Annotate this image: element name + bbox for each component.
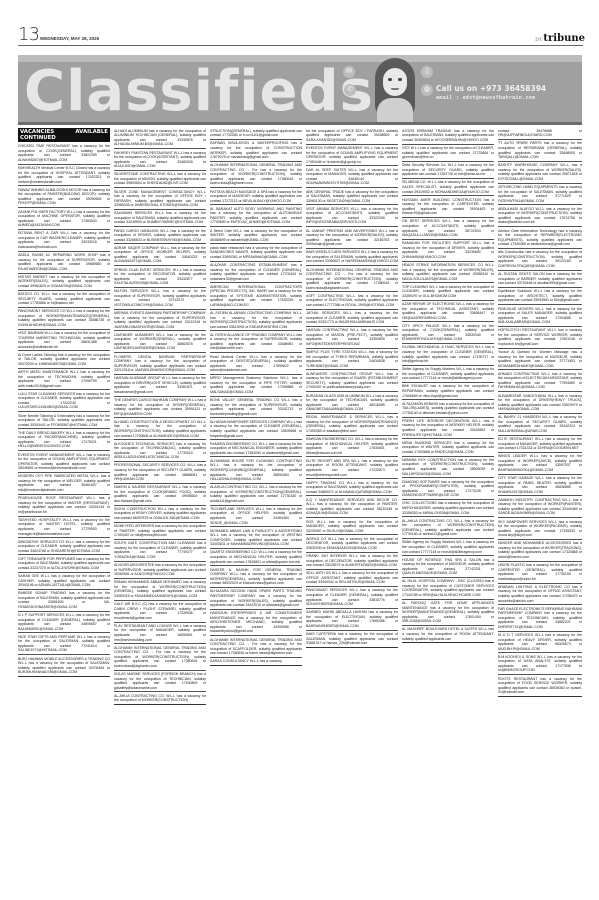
classified-ad: ALGHANIM INTERNATIONAL GENERAL TRADING A… <box>306 267 398 293</box>
classified-ad: ALKOOHEJI TECHNICAL SERVICES has a vacan… <box>114 441 206 462</box>
classified-ad: TOP CLEANING W.L.L has a vacancy for the… <box>402 284 494 301</box>
classified-ad: AL BAHRY 21 HAMDEEN W.L.L has a vacancy … <box>498 415 582 436</box>
classified-ad: RAMAN MOHAMMED ABBAS MOHAMED has a vacan… <box>114 580 206 601</box>
classified-ad: SOUTH GATE CONSTRUCTION AND CLEANING has… <box>114 541 206 562</box>
classified-ad: Delta Security Services Co. W.L.L has a … <box>402 162 494 179</box>
classified-ad: PLAY RESTAURANT AND LOUNGE W.L.L has a v… <box>114 623 206 644</box>
classified-ad: HAPPY TRADING CO W.L.L has a vacancy for… <box>306 480 398 497</box>
classified-ad: RABEEE SONAP TRADING has a vacancy for t… <box>18 591 110 612</box>
classified-ad: PATTAYA BEACH MASSAGE & SPA has a vacanc… <box>210 189 302 206</box>
classified-ad: BASHTY WAREHOUSE COMPANY W.L.L has a vac… <box>498 162 582 183</box>
globe-icon: ◍ <box>421 84 433 96</box>
classified-ad: SOS W.L.L has a vacancy for the occupati… <box>306 519 398 536</box>
classified-ad: AL-AHLIA CONTRACTING CO. W.L.L has a vac… <box>402 518 494 539</box>
classified-ad: THE GENESIS CARGO BAHRAIN COMPANY W.L.L … <box>114 397 206 418</box>
classified-ad: SALWANIN SERVICES W.L.L has a vacancy fo… <box>114 211 206 228</box>
classified-ad: AL-AHLIA CONTRACTING CO. W.L.L has a vac… <box>114 693 206 705</box>
classified-ad: SAFWAN INSULATION & WATERPROOFING has a … <box>210 141 302 162</box>
classified-ad: GRAND JUH INTERIOR W.L.L has a vacancy f… <box>306 553 398 570</box>
classified-ad: N L P SUPPORT SERVICES W.L.L has a vacan… <box>18 612 110 633</box>
classified-ad: ELITE RESTAURANT W.L.L has a vacancy for… <box>498 436 582 453</box>
classified-ad: MONEYFED INTERIORS has a vacancy for the… <box>114 523 206 540</box>
classified-ad: JATHAL SERVICES W.L.L has a vacancy for … <box>306 310 398 327</box>
classified-ad: THE DAILY BREAD BAKERY W.L.L has a vacan… <box>18 430 110 451</box>
classified-ad: ALGHANIM INTERNATIONAL GENERAL TRADING A… <box>210 637 302 658</box>
classified-ad: AL SULTAN GENTS SALON has a vacancy for … <box>498 271 582 288</box>
classified-ad: STRUCTION)(GENERAL), suitably qualified … <box>210 128 302 140</box>
classified-ad: ALHAMAMA HOUSE FOR CLEANING CONTRACTING … <box>210 458 302 484</box>
column-5: AYOOS EBRAHIM TRADING has a vacancy for … <box>402 128 494 644</box>
classified-ad: GCS W.L.L has a vacancy for the occupati… <box>402 145 494 162</box>
classified-ad: ASFT CONTRACTING W.L.L has a vacancy for… <box>306 293 398 310</box>
classified-ad: SELL WITH US W.L.L has a vacancy for the… <box>306 570 398 587</box>
classified-ad: HUSSAIN AMER BUILDING CONSTRUCTION has a… <box>402 197 494 218</box>
classified-ad: NAEEM & NAJEEB RESTAURANT W.L.L has a va… <box>114 484 206 505</box>
classified-ad: UNION PLASTIC has a vacancy for the occu… <box>498 562 582 583</box>
classified-ad: Equilibrium Solutions W.L.L has a vacanc… <box>498 288 582 305</box>
classified-ad: TECHNIPLANE SERVICES W.L.L has a vacancy… <box>210 506 302 527</box>
classified-ad: AL BARAKAT AUTO BODY WORKING AND PAINTIN… <box>210 206 302 227</box>
classified-ad: contact 35476686 or HR@JUFFAIRBOULEVARD.… <box>498 128 582 140</box>
classified-ad: Skiller Agency for Supply Workers W.L.L … <box>402 366 494 383</box>
classified-ad: ABK GENERAL TRADE has a vacancy for the … <box>306 189 398 206</box>
classified-ad: ALNOOR AROGRESTEE has a vacancy for the … <box>114 562 206 579</box>
classified-ad: AL-FATIEM ALJARABI CONTRACTING COMPANY W… <box>210 310 302 331</box>
classifieds-columns: VACANCIES AVAILABLE CONTINUED CHICKEN TI… <box>18 128 582 828</box>
classified-ad: WINGS LEADER W.L.L has a vacancy for the… <box>498 454 582 475</box>
classified-ad: MODERN CITY PRE FABRICATED METAL W.L.L h… <box>18 474 110 495</box>
classified-ad: A-Q Y MAINTENANCE SERVICES AND DECOR CO.… <box>306 497 398 518</box>
mobile-icon: ▯ <box>421 66 433 78</box>
classified-ad: MISTAR MARKET has a vacancy for the occu… <box>18 274 110 291</box>
column-6: contact 35476686 or HR@JUFFAIRBOULEVARD.… <box>498 128 582 697</box>
classified-ad: ALWEAVERS CONTRACTING GROUP W.L.L has a … <box>306 371 398 392</box>
classified-ad: ROOTS RESTAURANT has a vacancy for the o… <box>498 676 582 697</box>
brand-name: tribune <box>543 33 585 44</box>
classified-ad: ZAYANI POLYMER FACTORY W.L.L has a vacan… <box>18 209 110 230</box>
classified-ad: PARDI CARGO HANDLING W.L.L has a vacancy… <box>114 228 206 245</box>
classified-ad: TASHYEED HOSPITALITY W.L.L has a vacancy… <box>18 517 110 538</box>
classified-ad: for the occupation of OFFICE BOY / FARRA… <box>306 128 398 145</box>
classified-ad: GN BEST SERVICES W.L.L has a vacancy for… <box>402 219 494 240</box>
classified-ad: GIFT TREASURE FOR PERFUMES has a vacancy… <box>18 556 110 573</box>
classified-ad: PANCHAVATI SERVICES W.L.L has a vacancy … <box>306 588 398 609</box>
classified-ad: HOPSCOTCH RESTAURANT W.L.L has a vacancy… <box>498 327 582 348</box>
banner-title: Classifieds <box>24 60 374 124</box>
classified-ad: REGAL MAINTENANCE & SERVICES W.L.L has a… <box>306 415 398 436</box>
classified-ad: AMERICAN INTERNATIONAL CONTRACTORS (SPEC… <box>210 284 302 310</box>
classified-ad: SARAS CONSULTANCY W.L.L has a vacancy <box>210 659 302 667</box>
classified-ad: Advisor Gate Information Technology has … <box>498 228 582 249</box>
classified-ad: EVENTOS EVENT MANAGEMENT W.L.L has a vac… <box>18 452 110 473</box>
classified-ad: AHMADI CONTRACTING W.L.L has a vacancy f… <box>498 371 582 392</box>
classified-ad: FAWAZ WAHBIS ALBALOOSHI DECOR has a vaca… <box>18 187 110 208</box>
classified-ad: SPRING GLAD EVENT SERVICES. W.L.L has a … <box>114 267 206 288</box>
classified-ad: CITY SPICY PALACE W.L.L has a vacancy fo… <box>402 323 494 344</box>
classified-ad: FRESH LIFE INTERIOR DECORATION W.L.L has… <box>402 418 494 439</box>
classified-ad: ALHAZARA SECOND HAND SPARE PARTS TRADING… <box>210 589 302 610</box>
classified-ad: PANCHMONT SERVICES CO W.L.L has a vacanc… <box>18 309 110 330</box>
page-number: 13 <box>18 26 39 44</box>
classified-ad: VISIT BAHRAIN W.L.L has a vacancy for th… <box>18 330 110 351</box>
section-heading: VACANCIES AVAILABLE CONTINUED <box>18 128 110 142</box>
classified-ad: ADRAR SAQER COMPANY W.L.L has a vacancy … <box>114 245 206 266</box>
classified-ad: NICE STAR GIFTS AND PERFUME W.L.L has a … <box>18 634 110 655</box>
classified-ad: ALAHLIA CONTRACTING CO. W.L.L has a vaca… <box>210 484 302 505</box>
classified-ad: Read Medical Center W.L.L has a vacancy … <box>210 354 302 375</box>
classified-ad: PROFESSIONAL SECURITY SERVICES CO. W.L.L… <box>114 463 206 484</box>
ad-list: ALHADI ALUMINIUM has a vacancy for the o… <box>114 128 206 705</box>
classified-ad: SARAB GEE W.L.L has a vacancy for the oc… <box>18 573 110 590</box>
classified-ad: AL HILAL HOSPITAL COMPANY - BSC (CLOSED)… <box>402 579 494 600</box>
classified-ad: RAWSAN ENGINEERING CO. W.L.L has a vacan… <box>306 436 398 457</box>
column-4: for the occupation of OFFICE BOY / FARRA… <box>306 128 398 648</box>
brand-logo: DTtribune <box>535 33 585 44</box>
classified-ad: WORLD CO W.L.L has a vacancy for the occ… <box>306 536 398 553</box>
classified-ad: ALTAZAMON KEBASH has a vacancy for the o… <box>402 401 494 418</box>
classified-ad: FAR GHAZE ELECTRONICS REPAIRING BAHRAINI… <box>498 606 582 632</box>
classified-ad: pasta taste restaurant has a vacancy for… <box>210 245 302 262</box>
classified-ad: CHICKEN TIME RESTAURANT has a vacancy fo… <box>18 144 110 165</box>
classified-ad: ALBAMESFAR SANGITHANU W.L.L has a vacanc… <box>498 393 582 414</box>
classified-ad: alfo Construction has a vacancy for the … <box>498 250 582 271</box>
classified-ad: Yoosuf Al Qahtani for Women Massage has … <box>498 349 582 370</box>
classified-ad: AL FAROOQ GATE FOR HOME APPLIANCES MAINT… <box>402 600 494 626</box>
classified-ad: FLOWERS DENTAL BAHRAIN PARTNERSHIP COMPA… <box>114 354 206 375</box>
classified-ad: SOLAS MARINE SERVICES (FOREIGN BRANCH) h… <box>114 671 206 692</box>
classified-ad: DAR AL SEEF SUITES W.L.L has a vacancy f… <box>306 167 398 188</box>
column-3: STRUCTION)(GENERAL), suitably qualified … <box>210 128 302 667</box>
classified-ad: AL FATEH ALLIANCE OF TRADING COMPANY W.L… <box>210 332 302 353</box>
classified-ad: INNOVATIVE SERVICES CO W.L.L has a vacan… <box>18 539 110 556</box>
classified-ad: MENA DIAMOND SERVICES has a vacancy for … <box>402 440 494 457</box>
classified-ad: AIRTH MATIC MAINTENANCE W.L.L has a vaca… <box>18 369 110 390</box>
classified-ad: AL JANNAT PRINTING AND ADVERTISING W.L.L… <box>306 228 398 249</box>
classified-ad: ALHADI ALUMINIUM has a vacancy for the o… <box>114 128 206 149</box>
classified-ad: GLOBAL MECHANICAL & HVAC SERVICES W.L.L … <box>402 345 494 366</box>
classified-ad: ALGHANIM INTERNATIONAL GENERAL TRADING A… <box>114 645 206 671</box>
classified-ad: PINE-BLUE MOVERS W.L.L has a vacancy for… <box>498 306 582 327</box>
classified-ad: SILVER ZONE MANAGEMENT CONSULTANCY W.L.L… <box>114 189 206 210</box>
page-date: WEDNESDAY, MAY 28, 2025 <box>40 36 99 41</box>
classified-ad: NASEER AND MOHAMMED ACCESSORIES has a va… <box>498 541 582 562</box>
classified-ad: FAKHREY PAKISTAN RESTAURANT W.L.L has a … <box>114 150 206 171</box>
classified-ad: LULU STAR CLEANING SERVICES has a vacanc… <box>18 391 110 412</box>
classified-ad: KIMSHEALTH Medical Center B.S.C Closed h… <box>18 165 110 186</box>
column-1: VACANCIES AVAILABLE CONTINUED CHICKEN TI… <box>18 128 110 678</box>
classified-ad: BURJ HANNAN MOBILE ACCESSORIES & TRADING… <box>18 656 110 677</box>
ad-list: contact 35476686 or HR@JUFFAIRBOULEVARD.… <box>498 128 582 697</box>
classified-ad: ELITE RESORT AND SPA W.L.L has a vacancy… <box>306 458 398 479</box>
classified-ad: NASEER & NASHIK FOR GENERAL TRADING COMP… <box>210 567 302 588</box>
classified-ad: ZAMMOH INDUSTRY CONTRACTING W.L.L has a … <box>498 497 582 518</box>
classified-ad: AL MASHREF BOULEVARD HOTEL & SUITES W.L.… <box>402 627 494 644</box>
classified-ad: Silver Needle Tailoring & Embroidery has… <box>18 413 110 430</box>
classified-ad: ABDUL RAHIM AC REPAIRING WORK SHOP has a… <box>18 252 110 273</box>
classified-ad: IMAS WHEELS CARS SERVICES W.L.L has a va… <box>306 250 398 267</box>
banner-phone: Call us on +973 36458394 <box>436 84 546 93</box>
classified-ad: MPRO Management Business Solutions W.L.L… <box>210 376 302 397</box>
classified-ad: NANDINI ROY CONSTRUCTION has a vacancy f… <box>402 457 494 478</box>
classified-ad: HASSAN CONTRACTING W.L.L has a vacancy f… <box>306 327 398 348</box>
classified-ad: SIGHU CONSTRUCTION W.L.L has a vacancy f… <box>114 506 206 523</box>
classified-ad: Al Durra Ladies Tailoring has a vacancy … <box>18 352 110 369</box>
banner-email: email : advt@newsofbahrain.com <box>436 95 535 101</box>
ad-list: STRUCTION)(GENERAL), suitably qualified … <box>210 128 302 666</box>
classified-ad: IMAS CAFETERIA has a vacancy for the occ… <box>306 631 398 648</box>
classified-ad: A Steen Cafe W.L.L has a vacancy for the… <box>210 228 302 245</box>
classified-ad: CITY STAR GARAGE W.L.L has a vacancy for… <box>498 475 582 496</box>
mail-icon: ✉ <box>343 66 355 78</box>
classified-ad: HEADS STRIKE INFORMATION SERVICES CO W.L… <box>402 262 494 283</box>
classified-ad: BBK EXHAUST has a vacancy for the occupa… <box>402 384 494 401</box>
phone-icon: ✆ <box>344 84 356 96</box>
classified-ad: SAHMED MAHDI ABDULLA HASHIM has a vacanc… <box>306 609 398 630</box>
classified-ad: MILTON SERVICES W.L.L has a vacancy for … <box>114 288 206 309</box>
classified-ad: LAVENDER ALBANDER W.L.L has a vacancy fo… <box>114 332 206 353</box>
classified-ad: SKY MANPOWER SERVICES W.L.L has a vacanc… <box>498 519 582 540</box>
classified-ad: Skiller Agency for Supply Workers W.L.L … <box>402 540 494 557</box>
classified-ad: ALHASAN MANPOWER SERVICES COMPANY W.L.L … <box>210 419 302 440</box>
classified-ad: AZAR REPAIR OF ELECTRONIC W.L.L has a va… <box>402 301 494 322</box>
classified-ad: SN MEDIA CO. W.L.L has a vacancy for the… <box>402 180 494 197</box>
classified-ad: QUARTZ ENGINEERING CO. W.L.L has a vacan… <box>210 550 302 567</box>
classified-ad: B.M.KOOHEJI & SONS W.L.L has a vacancy f… <box>498 654 582 675</box>
classified-ad: PEARLHOUSE ROOF RESTAURANT W.L.L has a v… <box>18 495 110 516</box>
ad-list: CHICKEN TIME RESTAURANT has a vacancy fo… <box>18 144 110 677</box>
masthead: 13 WEDNESDAY, MAY 28, 2025 <box>18 26 270 46</box>
classified-ad: MOHAMED ABBAS LAW & PUBLICITY & ADVERTIS… <box>210 528 302 549</box>
classified-ad: SILVERSTONE CONTRACTING W.L.L has a vaca… <box>114 172 206 189</box>
ad-list: AYOOS EBRAHIM TRADING has a vacancy for … <box>402 128 494 643</box>
classified-ad: ALGHANIM INTERNATIONAL GENERAL TRADING A… <box>210 162 302 188</box>
classified-ad: VISIT ARABIA SERVICES W.L.L has a vacanc… <box>306 206 398 227</box>
classified-ad: ALHAMD CONSTRUCTION & DEVELOPMENT CO W.L… <box>114 419 206 440</box>
classified-ad: HASSOUN ENTERPRISES & AIR CONDITIONERS M… <box>210 610 302 636</box>
brand-mark: DT <box>535 37 542 43</box>
classified-ad: CHIC COLLECTIONS has a vacancy for the o… <box>402 501 494 518</box>
classified-ad: ABDULHADI ALAFOO W.L.L has a vacancy for… <box>498 206 582 227</box>
classified-ad: RAMADAN FOR FACILITIES SUPPORT W.L.L has… <box>402 240 494 261</box>
classified-ad: EVENTOS EVENT MANAGEMENT W.L.L has a vac… <box>306 145 398 166</box>
ad-list: for the occupation of OFFICE BOY / FARRA… <box>306 128 398 648</box>
classified-ad: MERMUL EVENTS BAHRAINI PARTNERSHIP COMPA… <box>114 310 206 331</box>
classified-ad: DIAMOND SOFTWARE has a vacancy for the o… <box>402 479 494 500</box>
classified-ad: HOUSE OF PATIENCE THAI SPA & SALON has a… <box>402 557 494 578</box>
masthead-rule <box>18 45 583 46</box>
column-2: ALHADI ALUMINIUM has a vacancy for the o… <box>114 128 206 706</box>
classified-ad: ARABIAN LIGHTING & ELECTRONIC CO has a v… <box>498 584 582 605</box>
classified-ad: BURADAN GLASS AND ALUMINIUM W.L.L has a … <box>306 393 398 414</box>
receptionist-illustration <box>371 58 419 122</box>
classified-ad: SIMPLE PLUS TYRE STATION W.L.L has a vac… <box>306 349 398 370</box>
classified-ad: GULF AIR B.S.C (C) has a vacancy for the… <box>114 601 206 622</box>
classified-ad: RAMEEN ENGINEERING CO. W.L.L has a vacan… <box>210 441 302 458</box>
classified-ad: ALAZHAR CONTRACTING ESTABLISHMENT has a … <box>210 262 302 283</box>
classified-ad: BONE VALLEY GENERAL TRADING CO W.L.L has… <box>210 397 302 418</box>
classified-ad: TT AUTO SPARE PARTS has a vacancy for th… <box>498 141 582 162</box>
classified-ad: ROTANA RENT A CAR W.L.L has a vacancy fo… <box>18 231 110 252</box>
classified-ad: BATSCO CO. W.L.L has a vacancy for the o… <box>18 291 110 308</box>
classified-ad: AYOOS EBRAHIM TRADING has a vacancy for … <box>402 128 494 145</box>
classified-ad: HASSAN ALASMAR GROUP W.L.L has a vacancy… <box>114 376 206 397</box>
classified-ad: M U D T SERVICES W.L.L has a vacancy for… <box>498 632 582 653</box>
classified-ad: 30THSECOND HAND EQUIPMENTS has a vacancy… <box>498 184 582 205</box>
